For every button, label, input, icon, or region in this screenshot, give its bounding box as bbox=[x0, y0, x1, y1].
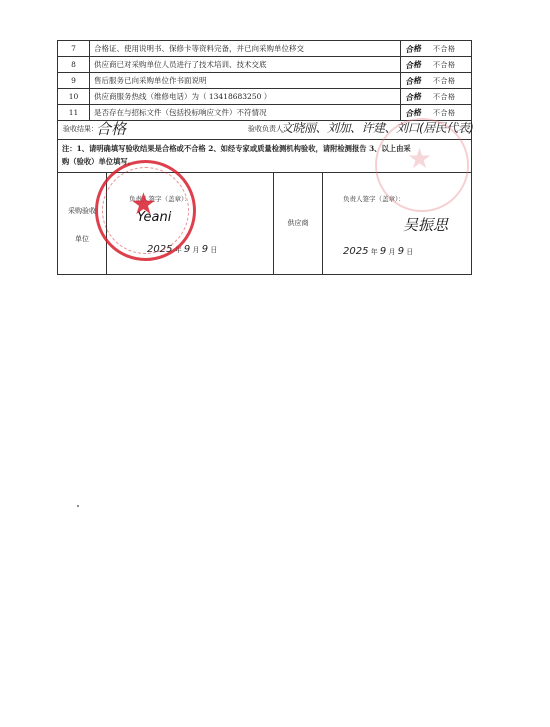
note-section: 注：1、请明确填写验收结果是合格或不合格 2、如经专家或质量检测机构验收，请附检… bbox=[57, 139, 472, 173]
table-row: 9 售后服务已向采购单位作书面说明 合格不合格 bbox=[58, 73, 472, 89]
scan-artifact bbox=[77, 505, 79, 507]
item-number: 9 bbox=[58, 73, 90, 89]
item-description: 售后服务已向采购单位作书面说明 bbox=[90, 73, 401, 89]
supplier-sign-label: 负责人签字（盖章）： bbox=[343, 194, 405, 203]
acceptance-result-row: 验收结果： 合格 验收负责人： 文晓丽、刘加、许建、刘口(居民代表) bbox=[57, 117, 472, 140]
handwritten-result: 合格 bbox=[96, 118, 126, 139]
signature-section: 采购验收 单位 负责人签字（盖章）： Yeani 2025 年 9 月 9 日 … bbox=[57, 172, 472, 275]
handwritten-pass-mark: 合格 bbox=[405, 74, 434, 88]
handwritten-pass-mark: 合格 bbox=[405, 90, 434, 104]
document-page: 7 合格证、使用说明书、保修卡等资料完备，并已向采购单位移交 合格不合格 8 供… bbox=[0, 0, 550, 727]
handwritten-pass-mark: 合格 bbox=[405, 58, 434, 72]
acceptance-items-table: 7 合格证、使用说明书、保修卡等资料完备，并已向采购单位移交 合格不合格 8 供… bbox=[57, 40, 472, 121]
item-number: 8 bbox=[58, 57, 90, 73]
buyer-date: 2025 年 9 月 9 日 bbox=[147, 244, 217, 255]
fail-option: 不合格 bbox=[433, 93, 456, 101]
note-line-1: 注：1、请明确填写验收结果是合格或不合格 2、如经专家或质量检测机构验收，请附检… bbox=[62, 144, 411, 153]
item-description: 合格证、使用说明书、保修卡等资料完备，并已向采购单位移交 bbox=[90, 41, 401, 57]
buyer-label-cell: 采购验收 单位 bbox=[58, 172, 107, 274]
buyer-signature-cell: 负责人签字（盖章）： Yeani 2025 年 9 月 9 日 bbox=[107, 172, 274, 274]
fail-option: 不合格 bbox=[433, 61, 456, 69]
buyer-signature: Yeani bbox=[137, 210, 171, 225]
supplier-signature-cell: 负责人签字（盖章）： 吴振思 2025 年 9 月 9 日 bbox=[323, 172, 471, 274]
item-description: 供应商已对采购单位人员进行了技术培训、技术交底 bbox=[90, 57, 401, 73]
handwritten-inspectors: 文晓丽、刘加、许建、刘口(居民代表) bbox=[281, 119, 473, 136]
fail-option: 不合格 bbox=[433, 109, 456, 117]
buyer-label-line1: 采购验收 bbox=[58, 206, 106, 216]
supplier-label: 供应商 bbox=[274, 218, 322, 228]
buyer-label-line2: 单位 bbox=[58, 234, 106, 244]
supplier-date: 2025 年 9 月 9 日 bbox=[343, 246, 413, 257]
item-description: 供应商服务热线（维修电话）为（ 13418683250 ） bbox=[90, 89, 401, 105]
item-number: 7 bbox=[58, 41, 90, 57]
supplier-signature: 吴振思 bbox=[403, 214, 448, 235]
item-number: 10 bbox=[58, 89, 90, 105]
item-result: 合格不合格 bbox=[401, 73, 472, 89]
note-line-2: 购（验收）单位填写。 bbox=[62, 157, 135, 166]
item-result: 合格不合格 bbox=[401, 41, 472, 57]
fail-option: 不合格 bbox=[433, 77, 456, 85]
supplier-label-cell: 供应商 bbox=[274, 172, 323, 274]
item-result: 合格不合格 bbox=[401, 89, 472, 105]
handwritten-pass-mark: 合格 bbox=[405, 42, 434, 56]
table-row: 8 供应商已对采购单位人员进行了技术培训、技术交底 合格不合格 bbox=[58, 57, 472, 73]
item-result: 合格不合格 bbox=[401, 57, 472, 73]
buyer-sign-label: 负责人签字（盖章）： bbox=[129, 194, 191, 203]
table-row: 10 供应商服务热线（维修电话）为（ 13418683250 ） 合格不合格 bbox=[58, 89, 472, 105]
result-label: 验收结果： bbox=[63, 124, 98, 134]
fail-option: 不合格 bbox=[433, 45, 456, 53]
table-row: 7 合格证、使用说明书、保修卡等资料完备，并已向采购单位移交 合格不合格 bbox=[58, 41, 472, 57]
